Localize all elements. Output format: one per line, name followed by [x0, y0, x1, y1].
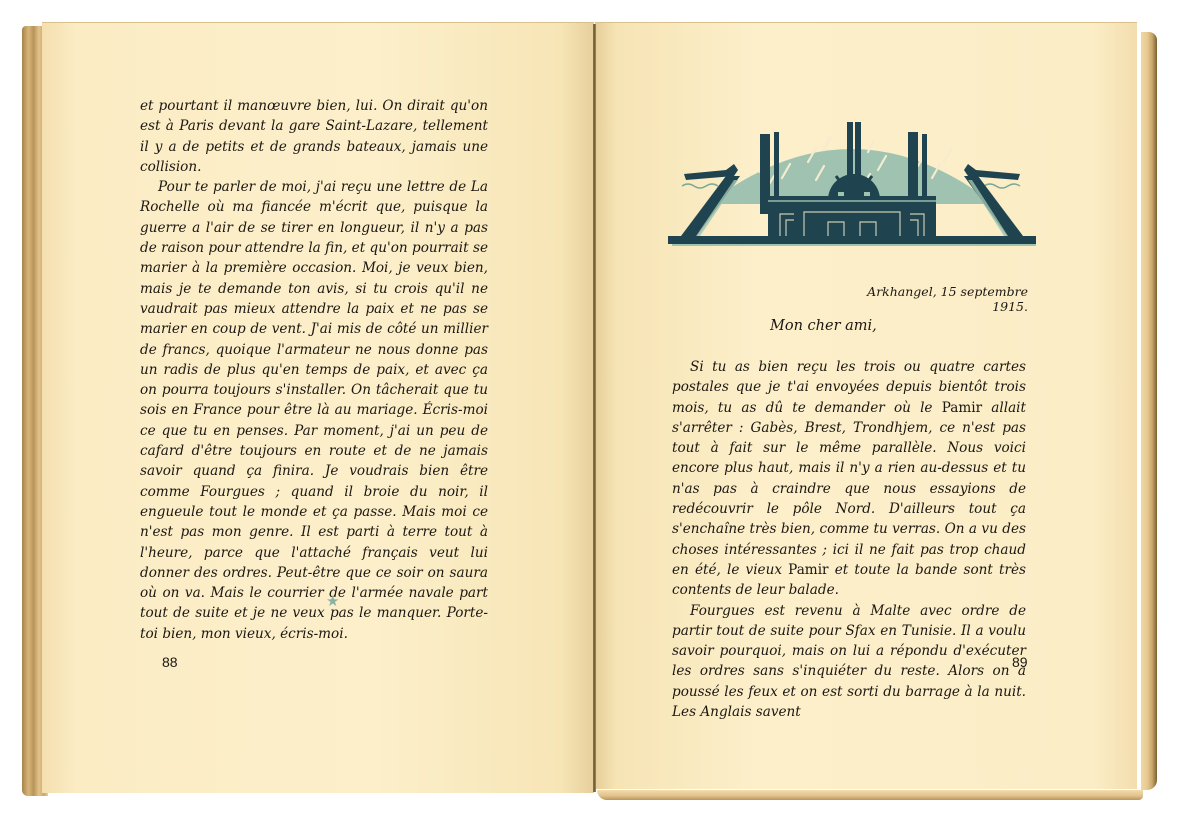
ship-name: Pamir [942, 400, 982, 416]
text-run: allait s'arrêter : Gabès, Brest, Trondhj… [672, 400, 1026, 578]
paragraph: Fourgues est revenu à Malte avec ordre d… [672, 601, 1026, 723]
page-number-right: 89 [1012, 654, 1028, 670]
paragraph: Pour te parler de moi, j'ai reçu une let… [140, 177, 488, 644]
ship-bridge-illustration [664, 118, 1040, 246]
right-page-edges [1141, 32, 1157, 790]
page-number-left: 88 [162, 654, 178, 670]
book-gutter [593, 24, 596, 792]
letter-date-line: Arkhangel, 15 septembre 1915. [840, 284, 1028, 314]
star-ornament-icon: ★ [326, 594, 340, 608]
paragraph: et pourtant il manœuvre bien, lui. On di… [140, 96, 488, 177]
left-page-body: et pourtant il manœuvre bien, lui. On di… [140, 96, 488, 644]
right-page-body: Si tu as bien reçu les trois ou quatre c… [672, 357, 1026, 722]
ship-name: Pamir [788, 562, 828, 578]
paragraph: Si tu as bien reçu les trois ou quatre c… [672, 357, 1026, 601]
wheelhouse-icon [664, 118, 1040, 246]
bottom-page-edges [597, 790, 1143, 800]
letter-salutation: Mon cher ami, [770, 318, 877, 334]
